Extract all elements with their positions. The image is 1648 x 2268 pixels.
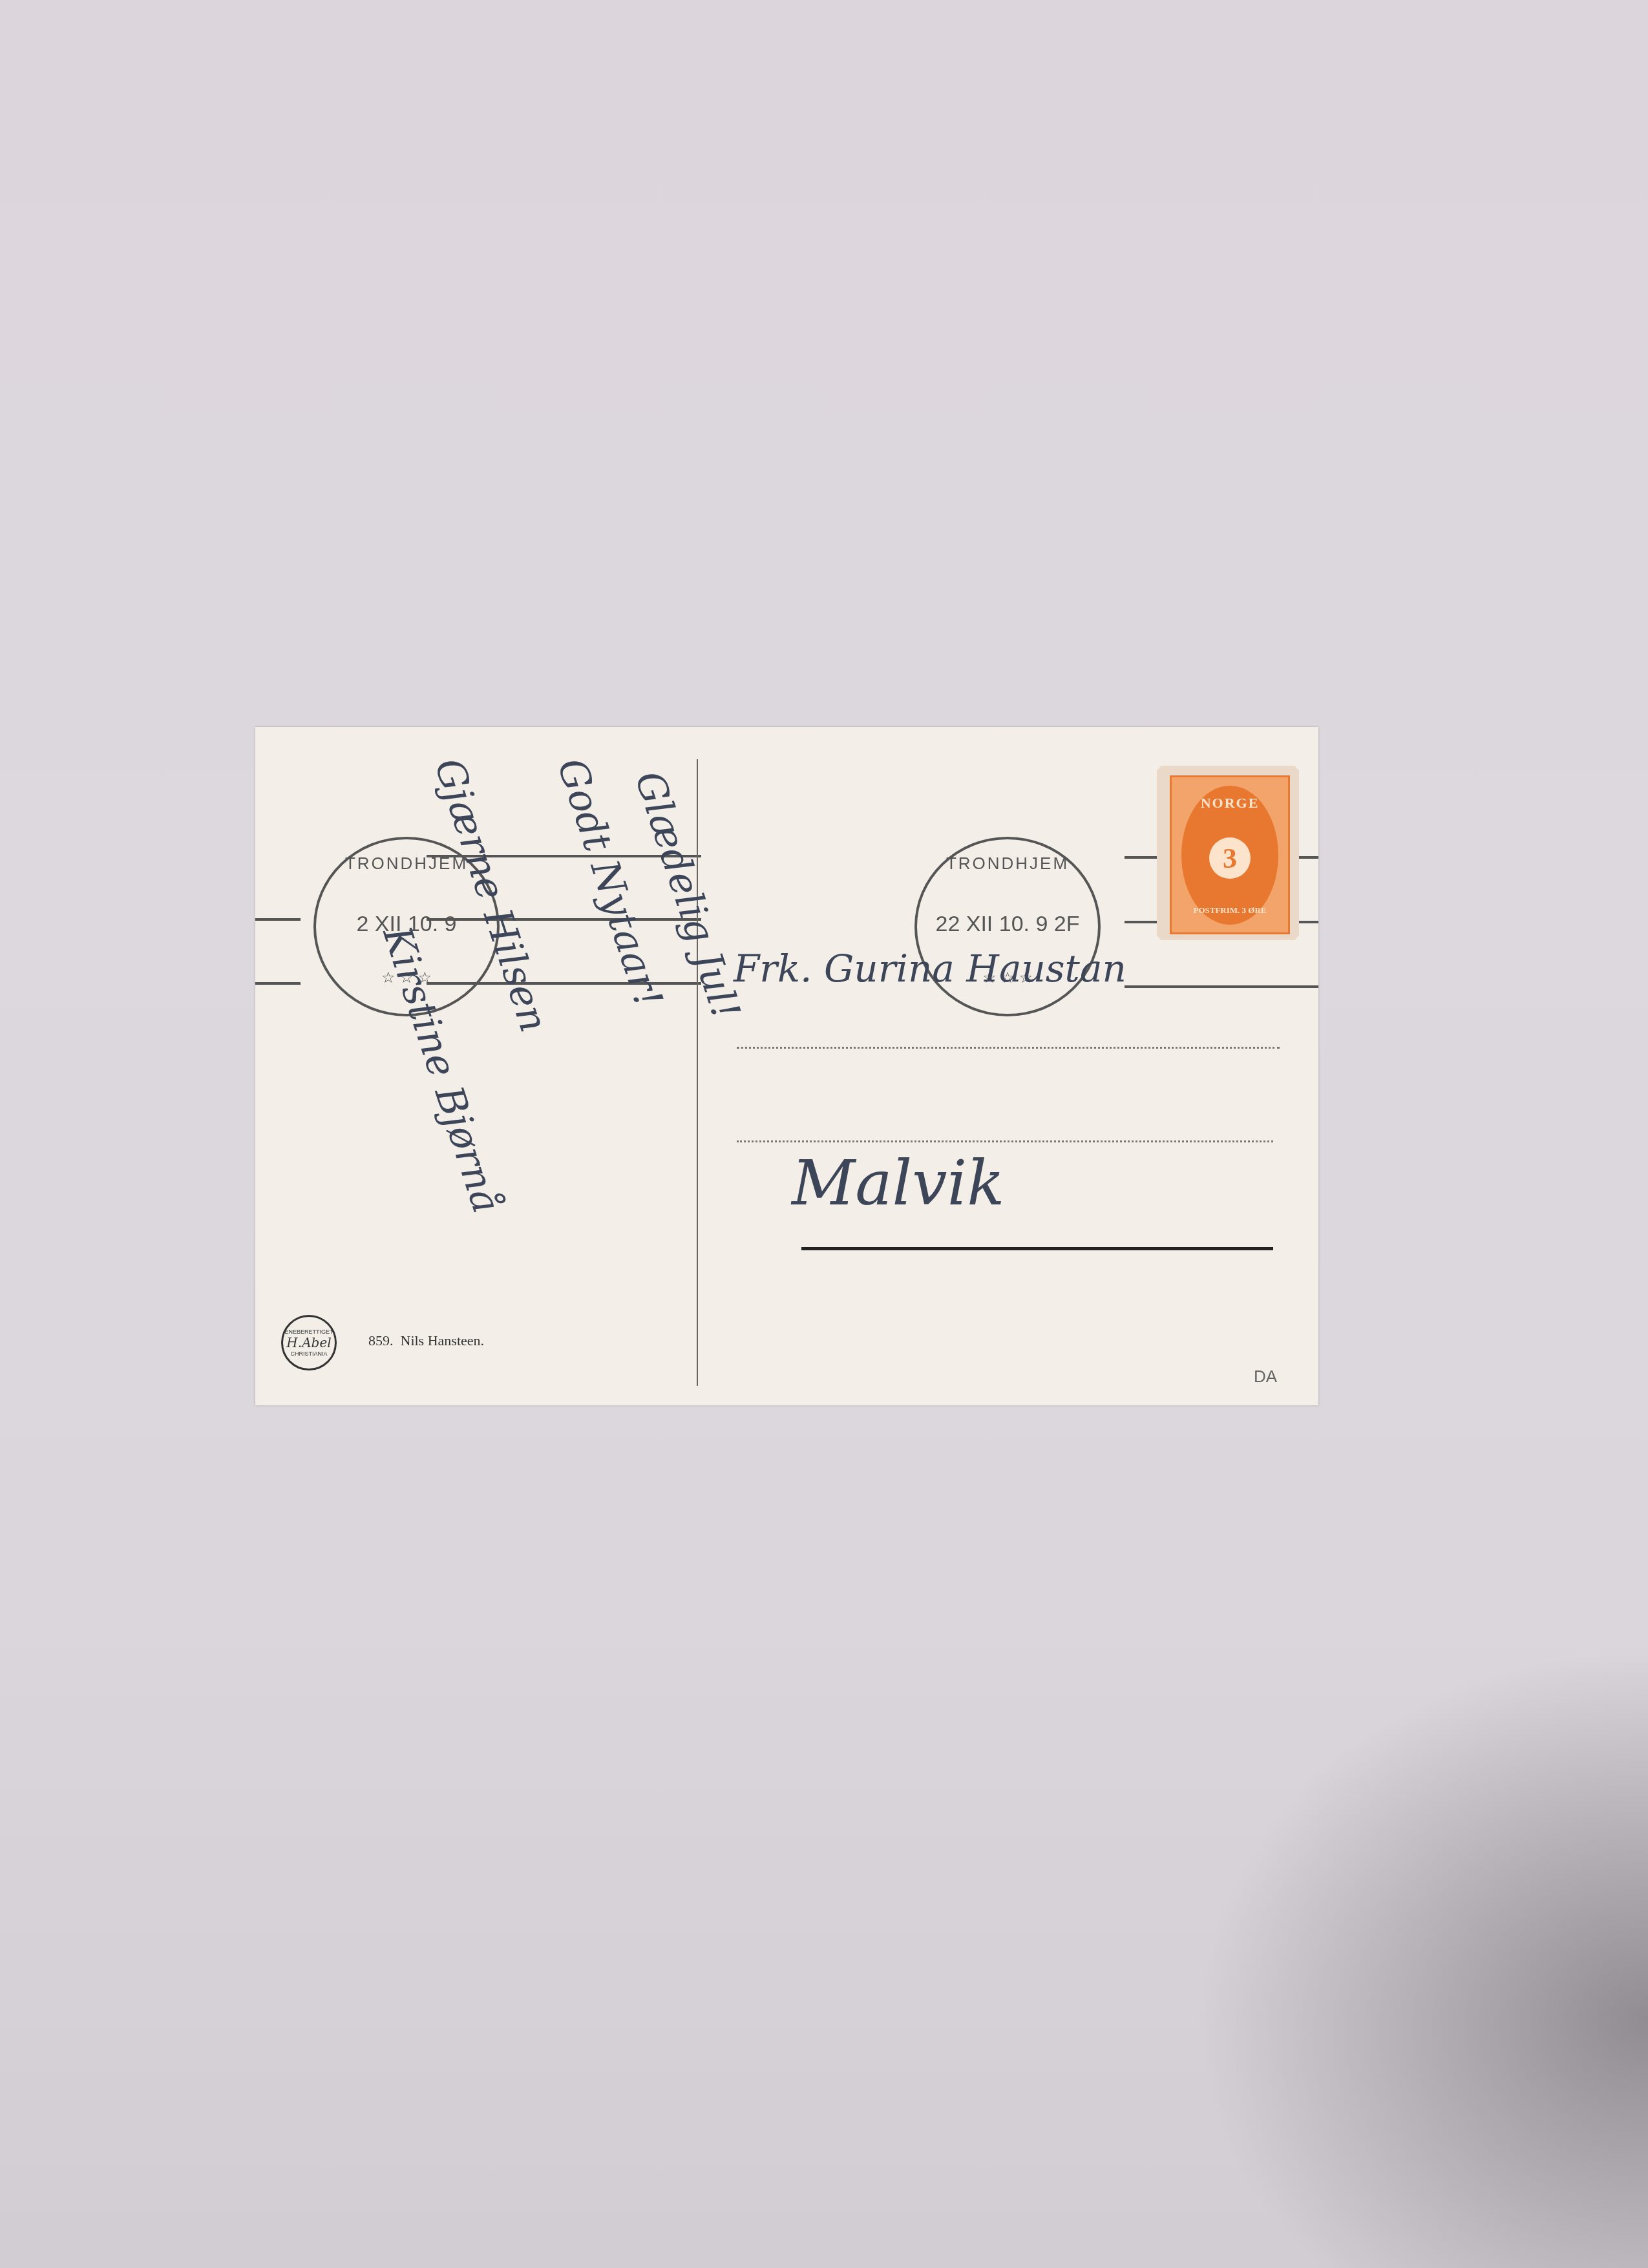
- cancel-bar: [255, 982, 301, 985]
- seal-signature: H.Abel: [286, 1335, 331, 1350]
- seal-top-text: ENEBERETTIGET: [284, 1328, 333, 1335]
- seal-bottom-text: CHRISTIANIA: [290, 1350, 327, 1357]
- cancel-bar: [1125, 985, 1318, 988]
- publisher-seal: ENEBERETTIGET H.Abel CHRISTIANIA: [281, 1315, 337, 1370]
- cancel-bar: [255, 918, 301, 921]
- address-place: Malvik: [792, 1147, 1004, 1219]
- corner-mark: DA: [1254, 1367, 1277, 1387]
- postcard: TRONDHJEM 2 XII 10. 9 ☆ ☆ ☆ TRONDHJEM 22…: [255, 727, 1318, 1405]
- postmark-date: 22 XII 10. 9 2F: [917, 912, 1098, 937]
- scan-shadow: [1196, 1648, 1648, 2268]
- card-caption: 859. Nils Hansteen.: [368, 1332, 484, 1349]
- address-line: [737, 1140, 1273, 1142]
- postage-stamp: NORGE 3 POSTFRIM. 3 ØRE: [1157, 766, 1299, 940]
- address-underline: [801, 1247, 1273, 1250]
- stamp-country: NORGE: [1201, 795, 1260, 812]
- stamp-value: 3: [1209, 837, 1251, 879]
- address-line: [737, 1047, 1280, 1049]
- stamp-inscription: POSTFRIM. 3 ØRE: [1193, 905, 1266, 916]
- address-recipient: Frk. Gurina Haustan: [734, 947, 1126, 991]
- postmark-town: TRONDHJEM: [917, 854, 1098, 874]
